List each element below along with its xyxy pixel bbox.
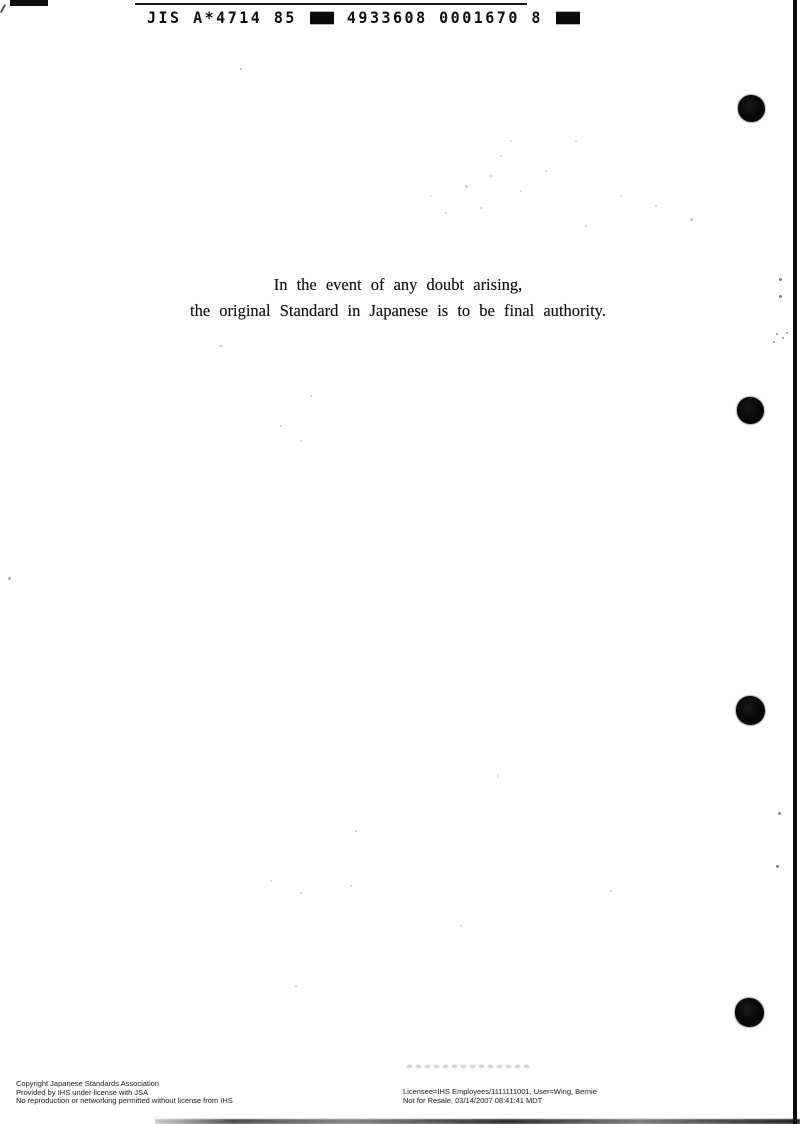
scan-speck <box>786 332 788 334</box>
scan-speck <box>778 812 781 815</box>
scan-speck <box>270 880 272 882</box>
copyright-block: Copyright Japanese Standards Association… <box>16 1080 233 1106</box>
scan-speck <box>300 892 302 894</box>
punch-hole <box>735 998 764 1027</box>
scan-speck <box>620 195 622 197</box>
document-control-number: 4933608 0001670 8 <box>347 9 543 28</box>
faded-strikethrough-rule <box>407 1065 532 1068</box>
scan-speck <box>779 278 782 281</box>
punch-hole <box>738 95 765 122</box>
scan-speck <box>220 345 222 347</box>
corner-scan-mark <box>0 4 6 13</box>
scan-speck <box>776 865 779 868</box>
bottom-scan-bar <box>155 1119 800 1124</box>
scan-speck <box>295 985 297 987</box>
scan-speck <box>776 333 778 335</box>
notice-line-1: In the event of any doubt arising, <box>0 272 796 298</box>
scan-speck <box>350 885 352 887</box>
scan-speck <box>430 195 432 197</box>
license-block: Licensee=IHS Employees/1111111001, User=… <box>403 1088 597 1105</box>
doubt-notice: In the event of any doubt arising, the o… <box>0 272 796 324</box>
jis-standard-code: JIS A*4714 85 <box>147 9 297 28</box>
scan-speck <box>355 830 357 832</box>
scan-speck <box>655 205 657 207</box>
scan-speck <box>782 337 784 339</box>
scan-speck <box>280 425 282 427</box>
scan-speck <box>8 577 11 580</box>
scan-speck <box>773 341 775 343</box>
scan-speck <box>310 395 312 397</box>
scan-speck <box>510 140 512 142</box>
scan-speck <box>497 775 499 777</box>
scan-edge-bar <box>10 0 48 6</box>
scan-speck <box>690 218 693 221</box>
scan-speck <box>575 140 577 142</box>
header-rule <box>135 3 527 5</box>
scan-speck <box>240 68 242 70</box>
page-edge-line <box>793 0 797 1124</box>
scan-speck <box>490 175 492 177</box>
notice-line-2: the original Standard in Japanese is to … <box>0 298 796 324</box>
scan-speck <box>460 925 462 927</box>
barcode-block-icon <box>310 12 334 25</box>
punch-hole <box>737 397 764 424</box>
scan-speck <box>610 890 612 892</box>
scan-speck <box>545 170 547 172</box>
scan-speck <box>585 225 587 227</box>
scan-speck <box>465 185 468 188</box>
scan-speck <box>445 212 447 214</box>
scan-speck <box>520 190 522 192</box>
punch-hole <box>736 696 765 725</box>
scanned-page: JIS A*4714 85 4933608 0001670 8 In the e… <box>0 0 800 1124</box>
scan-speck <box>500 155 502 157</box>
license-line-2: Not for Resale, 03/14/2007 08:41:41 MDT <box>403 1097 597 1106</box>
copyright-line-3: No reproduction or networking permitted … <box>16 1097 233 1106</box>
ocr-code-row: JIS A*4714 85 4933608 0001670 8 <box>147 8 580 29</box>
barcode-block-icon <box>556 12 580 25</box>
scan-speck <box>300 440 302 442</box>
scan-speck <box>779 295 782 298</box>
scan-speck <box>480 207 482 209</box>
